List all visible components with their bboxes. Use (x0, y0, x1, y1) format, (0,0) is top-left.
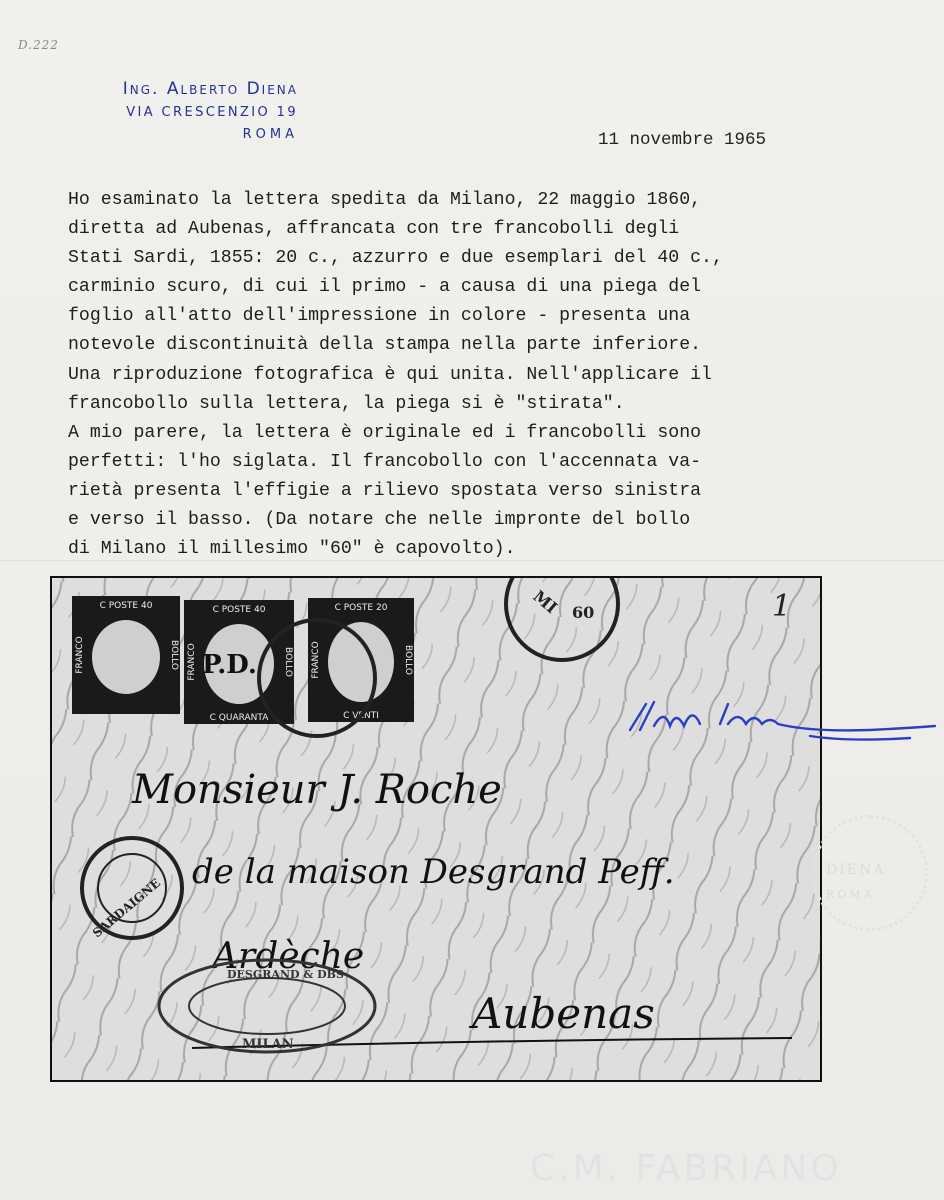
letterhead-street: VIA CRESCENZIO 19 (68, 102, 298, 124)
certificate-body: Ho esaminato la lettera spedita da Milan… (68, 186, 828, 564)
svg-text:C QUARANTA: C QUARANTA (210, 713, 270, 723)
body-line: A mio parere, la lettera è originale ed … (68, 419, 828, 448)
svg-text:DESGRAND & DBS: DESGRAND & DBS (227, 968, 344, 981)
reference-note: D.222 (18, 38, 59, 52)
certificate-date: 11 novembre 1965 (598, 130, 766, 150)
corner-mark: 1 (772, 589, 791, 624)
svg-text:de la maison Desgrand Peff.: de la maison Desgrand Peff. (192, 852, 675, 892)
cover-photograph: C POSTE 40FRANCOBOLLOC POSTE 40C QUARANT… (50, 576, 822, 1082)
body-line: francobollo sulla lettera, la piega si è… (68, 390, 828, 419)
svg-text:Aubenas: Aubenas (468, 989, 655, 1038)
body-line: di Milano il millesimo "60" è capovolto)… (68, 535, 828, 564)
body-line: Stati Sardi, 1855: 20 c., azzurro e due … (68, 244, 828, 273)
svg-text:C POSTE 40: C POSTE 40 (100, 601, 153, 611)
letterhead-city: ROMA (68, 124, 298, 146)
svg-text:BOLLO: BOLLO (283, 647, 293, 677)
body-line: diretta ad Aubenas, affrancata con tre f… (68, 215, 828, 244)
paper-watermark: C.M. FABRIANO (530, 1148, 842, 1189)
svg-text:BOLLO: BOLLO (169, 640, 179, 670)
body-line: foglio all'atto dell'impressione in colo… (68, 302, 828, 331)
letterhead: Ing. Alberto Diena VIA CRESCENZIO 19 ROM… (68, 78, 298, 146)
body-line: rietà presenta l'effigie a rilievo spost… (68, 477, 828, 506)
body-line: Ho esaminato la lettera spedita da Milan… (68, 186, 828, 215)
svg-text:BOLLO: BOLLO (403, 645, 413, 675)
svg-text:FRANCO: FRANCO (311, 641, 321, 678)
body-line: notevole discontinuità della stampa nell… (68, 331, 828, 360)
emboss-line1: DIENA (826, 862, 885, 878)
svg-text:FRANCO: FRANCO (187, 643, 197, 680)
body-line: carminio scuro, di cui il primo - a caus… (68, 273, 828, 302)
svg-text:Monsieur J. Roche: Monsieur J. Roche (131, 767, 502, 813)
cover-illustration: C POSTE 40FRANCOBOLLOC POSTE 40C QUARANT… (52, 578, 822, 1082)
letterhead-name: Ing. Alberto Diena (68, 78, 298, 100)
body-line: perfetti: l'ho siglata. Il francobollo c… (68, 448, 828, 477)
postage-stamp: C POSTE 40FRANCOBOLLO (72, 596, 180, 714)
svg-text:60: 60 (572, 603, 594, 622)
body-line: e verso il basso. (Da notare che nelle i… (68, 506, 828, 535)
svg-text:FRANCO: FRANCO (75, 636, 85, 673)
svg-text:MILAN: MILAN (242, 1037, 294, 1052)
svg-text:C POSTE 20: C POSTE 20 (335, 603, 388, 613)
emboss-line2: ROMA (826, 888, 875, 901)
body-line: Una riproduzione fotografica è qui unita… (68, 361, 828, 390)
postage-stamp: C POSTE 20C VENTIFRANCOBOLLO (308, 598, 414, 722)
signature (610, 690, 940, 750)
svg-text:C POSTE 40: C POSTE 40 (213, 605, 266, 615)
pd-mark: P.D. (202, 650, 257, 680)
